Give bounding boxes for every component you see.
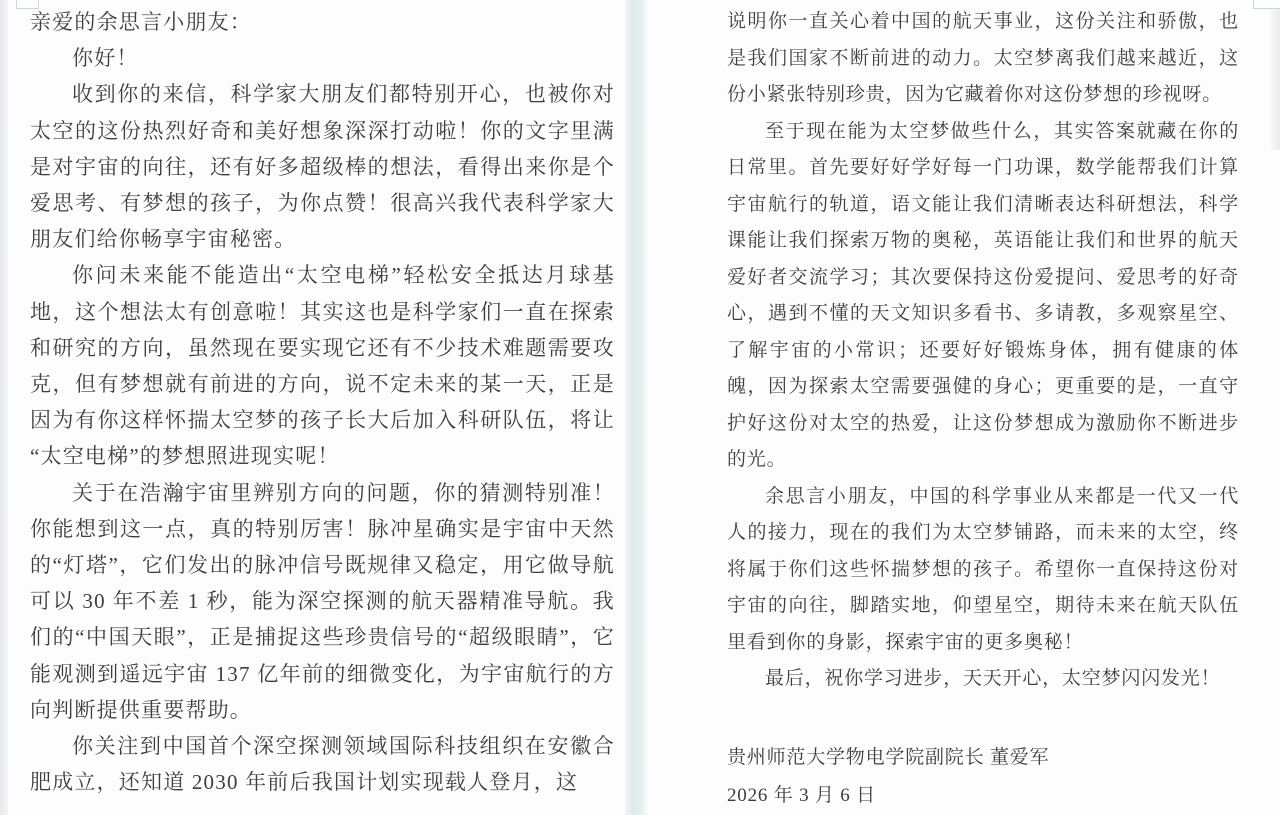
paragraph-continuation: 说明你一直关心着中国的航天事业，这份关注和骄傲，也是我们国家不断前进的动力。太空… bbox=[727, 4, 1239, 114]
page-corner-mark-right bbox=[1253, 0, 1280, 9]
paragraph-deep-space-org: 你关注到中国首个深空探测领域国际科技组织在安徽合肥成立，还知道 2030 年前后… bbox=[30, 728, 615, 800]
paragraph-intro: 收到你的来信，科学家大朋友们都特别开心，也被你对太空的这份热烈好奇和美好想象深深… bbox=[30, 76, 615, 257]
paragraph-generational-relay: 余思言小朋友，中国的科学事业从来都是一代又一代人的接力，现在的我们为太空梦铺路，… bbox=[727, 479, 1239, 662]
salutation-line: 亲爱的余思言小朋友： bbox=[30, 4, 615, 40]
paragraph-daily-advice: 至于现在能为太空梦做些什么，其实答案就藏在你的日常里。首先要好好学好每一门功课，… bbox=[727, 114, 1239, 479]
paragraph-closing-wish: 最后，祝你学习进步，天天开心，太空梦闪闪发光！ bbox=[727, 661, 1239, 698]
page-edge-strip-right bbox=[1271, 0, 1280, 150]
signature-line: 贵州师范大学物电学院副院长 董爱军 bbox=[727, 740, 1239, 777]
page-gutter-band bbox=[625, 0, 648, 815]
letter-page-1: 亲爱的余思言小朋友： 你好！ 收到你的来信，科学家大朋友们都特别开心，也被你对太… bbox=[30, 4, 615, 800]
paragraph-space-elevator: 你问未来能不能造出“太空电梯”轻松安全抵达月球基地，这个想法太有创意啦！其实这也… bbox=[30, 257, 615, 474]
greeting-line: 你好！ bbox=[30, 40, 615, 76]
date-line: 2026 年 3 月 6 日 bbox=[727, 778, 1239, 815]
page-edge-strip-left bbox=[0, 0, 8, 815]
paragraph-pulsar-navigation: 关于在浩瀚宇宙里辨别方向的问题，你的猜测特别准！你能想到这一点，真的特别厉害！脉… bbox=[30, 475, 615, 728]
scanned-letter-document: 亲爱的余思言小朋友： 你好！ 收到你的来信，科学家大朋友们都特别开心，也被你对太… bbox=[0, 0, 1280, 815]
letter-page-2: 说明你一直关心着中国的航天事业，这份关注和骄傲，也是我们国家不断前进的动力。太空… bbox=[727, 4, 1239, 815]
